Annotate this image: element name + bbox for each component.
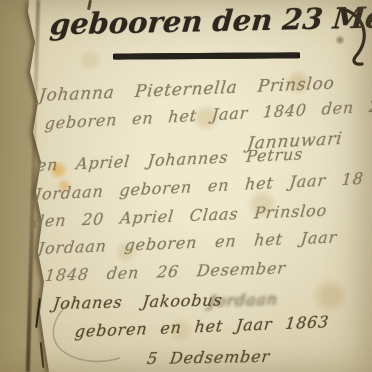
pencil-scribble	[40, 300, 130, 372]
flourish-icon	[340, 6, 372, 68]
ink-divider	[115, 52, 298, 59]
manuscript-line: 5 Dedsember	[146, 347, 271, 368]
manuscript-line-smudged: Jordaan	[208, 290, 279, 311]
manuscript-photo: gebooren den 23 Mey 1836 Johanna Pietern…	[0, 0, 372, 372]
page-heading: gebooren den 23 Mey 1836	[49, 1, 372, 42]
